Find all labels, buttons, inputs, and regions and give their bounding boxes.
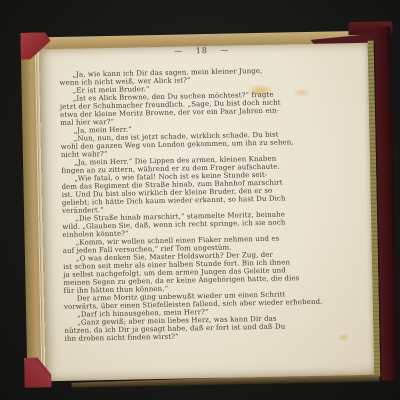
text-block: „Ja, wie kann ich Dir das sagen, mein kl…	[59, 65, 354, 343]
book-page: — 18 — „Ja, wie kann ich Dir das sagen, …	[40, 43, 375, 382]
book-photo: — 18 — „Ja, wie kann ich Dir das sagen, …	[20, 24, 397, 391]
